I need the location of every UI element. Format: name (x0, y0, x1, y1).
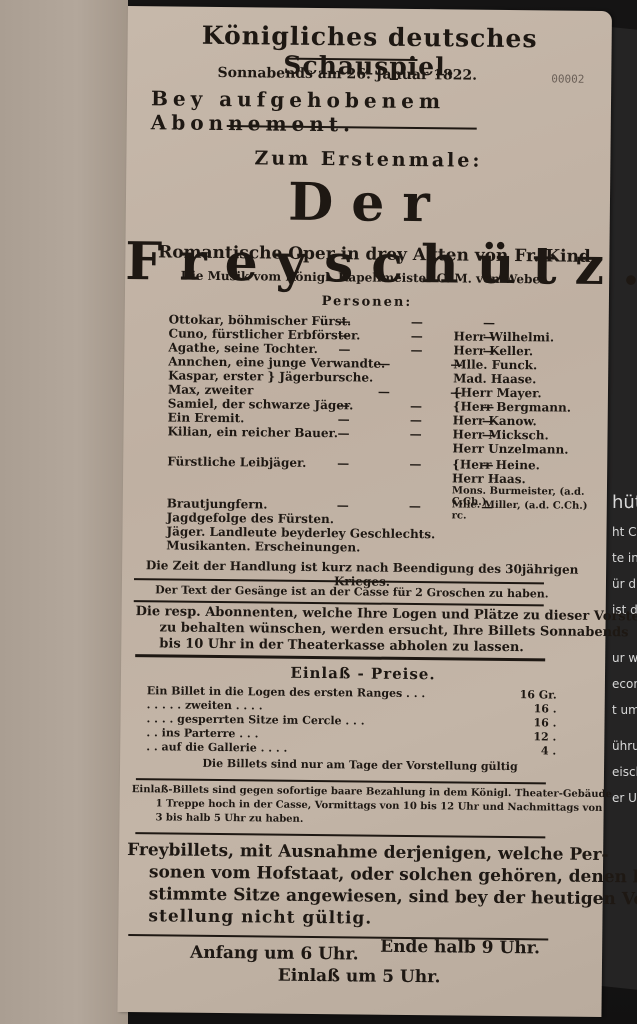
cast-actor: Herr Keller. (453, 343, 533, 358)
validity-note: Die Billets sind nur am Tage der Vorstel… (160, 756, 560, 773)
free-tickets-line: Freybillets, mit Ausnahme derjenigen, we… (127, 840, 609, 865)
sales-note-line: 3 bis halb 5 Uhr zu haben. (155, 812, 303, 825)
subscription-note: Bey aufgehobenem Abonnement. (151, 86, 591, 139)
playbill-document: 00002 Königliches deutsches Schauspiel. … (117, 6, 612, 1017)
free-tickets-line: sonen vom Hofstaat, oder solchen gehören… (149, 862, 637, 887)
divider (135, 654, 545, 661)
cast-role: Fürstliche Leibjäger. (167, 454, 306, 469)
cast-role: Ein Eremit. (168, 410, 245, 425)
price-value: 4 . (516, 744, 556, 757)
price-category: . . . . . zweiten . . . . (147, 698, 263, 712)
info-panel-heading: hütz (612, 492, 637, 513)
info-panel-line: t umg (612, 703, 637, 717)
info-panel-line: econ (612, 677, 637, 691)
info-panel-line: ht Ca (612, 525, 637, 539)
price-category: . . ins Parterre . . . (146, 726, 258, 740)
performance-date: Sonnabends am 26. Januar 1822. (187, 65, 507, 84)
first-performance-label: Zum Erstenmale: (126, 146, 610, 173)
free-tickets-line: stellung nicht gültig. (148, 906, 372, 928)
sales-note-line: Einlaß-Billets sind gegen sofortige baar… (132, 784, 612, 800)
info-panel-line: ür die (612, 577, 637, 591)
cast-actor: Herr Unzelmann. (452, 441, 568, 456)
divider (136, 778, 546, 784)
cast-role: Brautjungfern. (167, 496, 268, 511)
sales-note-line: 1 Treppe hoch in der Casse, Vormittags v… (156, 798, 603, 814)
cast-actor: Herr Micksch. (452, 427, 548, 442)
info-panel-text-strip: hütz ht Ca te in e ür die ist die ur wie… (612, 480, 637, 900)
price-category: . . auf die Gallerie . . . . (146, 740, 287, 754)
info-panel-line: eischü (612, 765, 637, 779)
subscriber-note-line: bis 10 Uhr in der Theaterkasse abholen z… (159, 636, 524, 655)
cast-actor: Mlle. Funck. (453, 357, 537, 372)
info-panel-line: ührun (612, 739, 637, 753)
cast-actor: Mlle. Miller, (a.d. C.Ch.) rc. (452, 499, 597, 523)
cast-actor: Mad. Haase. (453, 371, 536, 386)
price-category: . . . . gesperrten Sitze im Cercle . . . (146, 712, 364, 727)
cast-actor: Herr Kanow. (453, 413, 537, 428)
prices-heading: Einlaß - Preise. (121, 662, 605, 685)
info-panel-line: er Ur (612, 791, 637, 805)
end-time: Ende halb 9 Uhr. (380, 937, 540, 959)
info-panel-line: ur wie (612, 651, 637, 665)
price-value: 16 Gr. (517, 688, 557, 701)
adjacent-blank-page (0, 0, 128, 1024)
entry-time: Einlaß um 5 Uhr. (278, 966, 441, 988)
info-panel-line: te in e (612, 551, 637, 565)
divider (135, 832, 545, 838)
start-time: Anfang um 6 Uhr. (190, 943, 359, 965)
cast-actor: Herr Haas. (452, 471, 526, 486)
price-value: 16 . (517, 702, 557, 715)
cast-role: Agathe, seine Tochter. (168, 340, 318, 356)
cast-role: Max, zweiter (168, 382, 254, 397)
extras-line: Musikanten. Erscheinungen. (166, 538, 360, 554)
cast-actor: {Herr Heine. (452, 457, 540, 472)
cast-actor: {Herr Mayer. (453, 385, 542, 400)
price-value: 16 . (516, 716, 556, 729)
free-tickets-line: stimmte Sitze angewiesen, sind bey der h… (149, 884, 637, 909)
cast-actor: {Herr Bergmann. (453, 399, 571, 414)
price-value: 12 . (516, 730, 556, 743)
cast-actor: Herr Wilhelmi. (453, 329, 554, 344)
